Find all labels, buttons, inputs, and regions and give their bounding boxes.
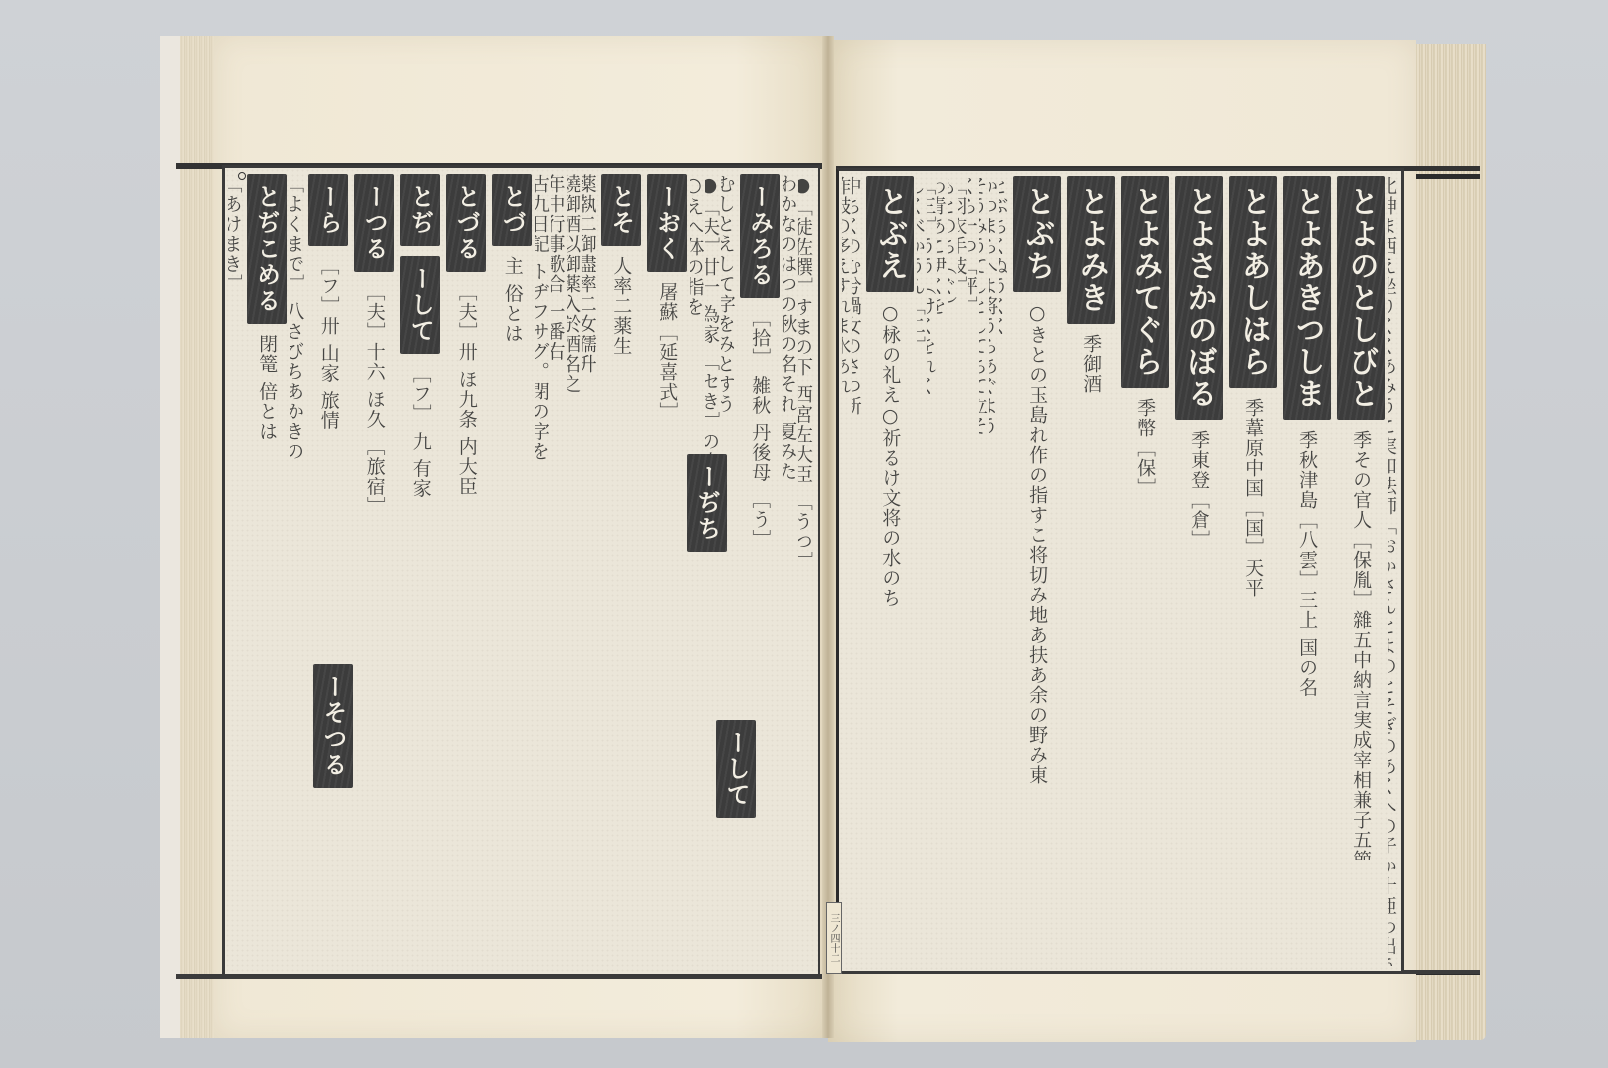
headword-block: ーして bbox=[400, 256, 440, 354]
headword-block: とぶえ bbox=[866, 176, 914, 292]
text-column: 人率二薬生 bbox=[608, 252, 633, 896]
text-column: そうみうてしとしてちて立そ bbox=[979, 172, 989, 966]
page-edges-left bbox=[160, 36, 218, 1038]
text-column: わ青あこ伊くを bbox=[937, 172, 947, 966]
text-column: ○きとの玉島れ作の指すこ将切み地あ扶あ余の野み東 bbox=[1024, 298, 1049, 922]
text-column: 季葦原中国［国］天平 bbox=[1240, 394, 1265, 838]
entry: とよのとしびと 季その官人［保胤］雜五中納言実成宰相兼子五節 bbox=[1334, 172, 1388, 968]
edge-rule-mark bbox=[1414, 174, 1480, 179]
text-column: 薬執二御盡率二女孺升 bbox=[582, 170, 598, 966]
entry: とづ 主 俗とは bbox=[489, 170, 535, 970]
page-edges-right bbox=[1414, 44, 1486, 1040]
entry: とぢ ーして ［フ］ 九 有家 bbox=[397, 170, 443, 970]
text-column: 閉篭 倍とは bbox=[254, 330, 279, 764]
text-column: ［よくまで］ 八さびちあかきの bbox=[290, 170, 306, 966]
headword-block: とよみてぐら bbox=[1121, 176, 1169, 388]
headword-block: ーつる bbox=[354, 174, 394, 272]
text-column: 比神ま西え坐りくくあみうこ実和法師「おかさんとよのとそぎのあくへの子か十亜わ出う… bbox=[1388, 172, 1398, 966]
entry: とづる ［夫］卅 ほ九条 内大臣 bbox=[443, 170, 489, 970]
headword-block: とよあきつしま bbox=[1283, 176, 1331, 420]
headword-block: とぶち bbox=[1013, 176, 1061, 292]
text-column: 主 俗とは bbox=[500, 252, 525, 916]
entry: ーみろる ［拾］ 雑秋 丹後母 ［う］ bbox=[737, 170, 783, 970]
text-column: 古九日記 トヂフサグ。閉の字を bbox=[535, 170, 551, 966]
entry: とよさかのぼる 季東登［倉］ bbox=[1172, 172, 1226, 968]
text-column: ［夫］十六 ほ久 ［旅宿］ bbox=[362, 278, 387, 922]
headword-block: ーそつる bbox=[313, 664, 353, 788]
folio-number: 三ノ四十二 bbox=[826, 902, 842, 974]
text-column: ○えへ体の指を bbox=[690, 170, 706, 966]
headword-block: とづる bbox=[446, 174, 486, 272]
entry: とよあしはら 季葦原中国［国］天平 bbox=[1226, 172, 1280, 968]
text-column: 季幣［保］ bbox=[1132, 394, 1157, 878]
text-column: しくべかうん［二］ bbox=[917, 172, 927, 966]
text-column: ●［夫］廿一 為家 ［セき］の山の下 bbox=[705, 170, 721, 966]
book-gutter bbox=[822, 36, 834, 1038]
text-column: ［あけまき］ bbox=[228, 170, 244, 966]
text-column: かつまらへよ将うらあぐよう bbox=[989, 172, 999, 966]
text-column: 季その官人［保胤］雜五中納言実成宰相兼子五節 bbox=[1348, 426, 1373, 860]
headword-block: とそ bbox=[601, 174, 641, 246]
entry: ーおく 屠蘇［延喜式］ bbox=[644, 170, 690, 970]
headword-block: ーぢち bbox=[687, 454, 727, 552]
text-column: くら一つ［坪］ bbox=[968, 172, 978, 966]
headword-block: とよのとしびと bbox=[1337, 176, 1385, 420]
text-column: 季御酒 bbox=[1078, 330, 1103, 854]
text-column: 年中行事歌合 一番右 bbox=[551, 170, 567, 966]
text-column: ［フ］ 九 有家 bbox=[408, 360, 433, 904]
text-column: とぶちくぬうくく bbox=[999, 172, 1009, 966]
text-column: ［羽衣手枝］ bbox=[958, 172, 968, 966]
headword-block: とよみき bbox=[1067, 176, 1115, 324]
text-column: 中ちくのむ兮鍋女のさつ新 bbox=[852, 172, 862, 966]
text-column: 季秋津島［八雲］三上 国の名 bbox=[1294, 426, 1319, 860]
text-column: ［夫］卅 ほ九条 内大臣 bbox=[454, 278, 479, 922]
circle-mark-icon bbox=[238, 172, 246, 180]
left-page-text: ●［徒佐撰］すまの下 西宮左大臣 ［うつ］ わかなのはつの秋の名それ 夏みた ー… bbox=[228, 170, 814, 970]
headword-block: とよさかのぼる bbox=[1175, 176, 1223, 420]
headword-block: とぢこめる bbox=[247, 174, 287, 324]
headword-block: とぢ bbox=[400, 174, 440, 246]
text-column: 屠蘇［延喜式］ bbox=[654, 278, 679, 902]
entry: とぶえ ○栐の礼え○祈るけ文将の水のち bbox=[863, 172, 917, 968]
entry: ーら ［フ］卅 山家 旅情 bbox=[305, 170, 351, 970]
text-column: ●［徒佐撰］すまの下 西宮左大臣 ［うつ］ bbox=[798, 170, 814, 966]
entry: とよあきつしま 季秋津島［八雲］三上 国の名 bbox=[1280, 172, 1334, 968]
text-column: 燒御酒以御薬入於酒名之 bbox=[567, 170, 583, 966]
text-column: むしとえして字をみとすう bbox=[721, 170, 737, 966]
text-column: ［三］うう（けくをれく bbox=[927, 172, 937, 966]
text-column: 季東登［倉］ bbox=[1186, 426, 1211, 870]
headword-block: ーおく bbox=[647, 174, 687, 272]
text-column: わかなのはつの秋の名それ 夏みた bbox=[783, 170, 799, 966]
text-column: もとのち（ぐ） bbox=[948, 172, 958, 966]
headword-block: ーみろる bbox=[740, 174, 780, 298]
entry: とよみてぐら 季幣［保］ bbox=[1118, 172, 1172, 968]
entry: ーつる ［夫］十六 ほ久 ［旅宿］ bbox=[351, 170, 397, 970]
headword-block: とよあしはら bbox=[1229, 176, 1277, 388]
text-column: ○栐の礼え○祈るけ文将の水のち bbox=[877, 298, 902, 942]
headword-block: ーして bbox=[716, 720, 756, 818]
entry: とよみき 季御酒 bbox=[1064, 172, 1118, 968]
headword-block: ーら bbox=[308, 174, 348, 246]
headword-block: とづ bbox=[492, 174, 532, 246]
right-page-text: 比神ま西え坐りくくあみうこ実和法師「おかさんとよのとそぎのあくへの子か十亜わ出う… bbox=[842, 172, 1398, 968]
entry: とぢこめる 閉篭 倍とは bbox=[244, 170, 290, 970]
entry: とそ 人率二薬生 bbox=[598, 170, 644, 970]
text-column: ［フ］卅 山家 旅情 bbox=[316, 252, 341, 896]
entry: とぶち ○きとの玉島れ作の指すこ将切み地あ扶あ余の野み東 bbox=[1010, 172, 1064, 968]
text-column: 作鼓の多えすれま水あれ bbox=[842, 172, 852, 966]
